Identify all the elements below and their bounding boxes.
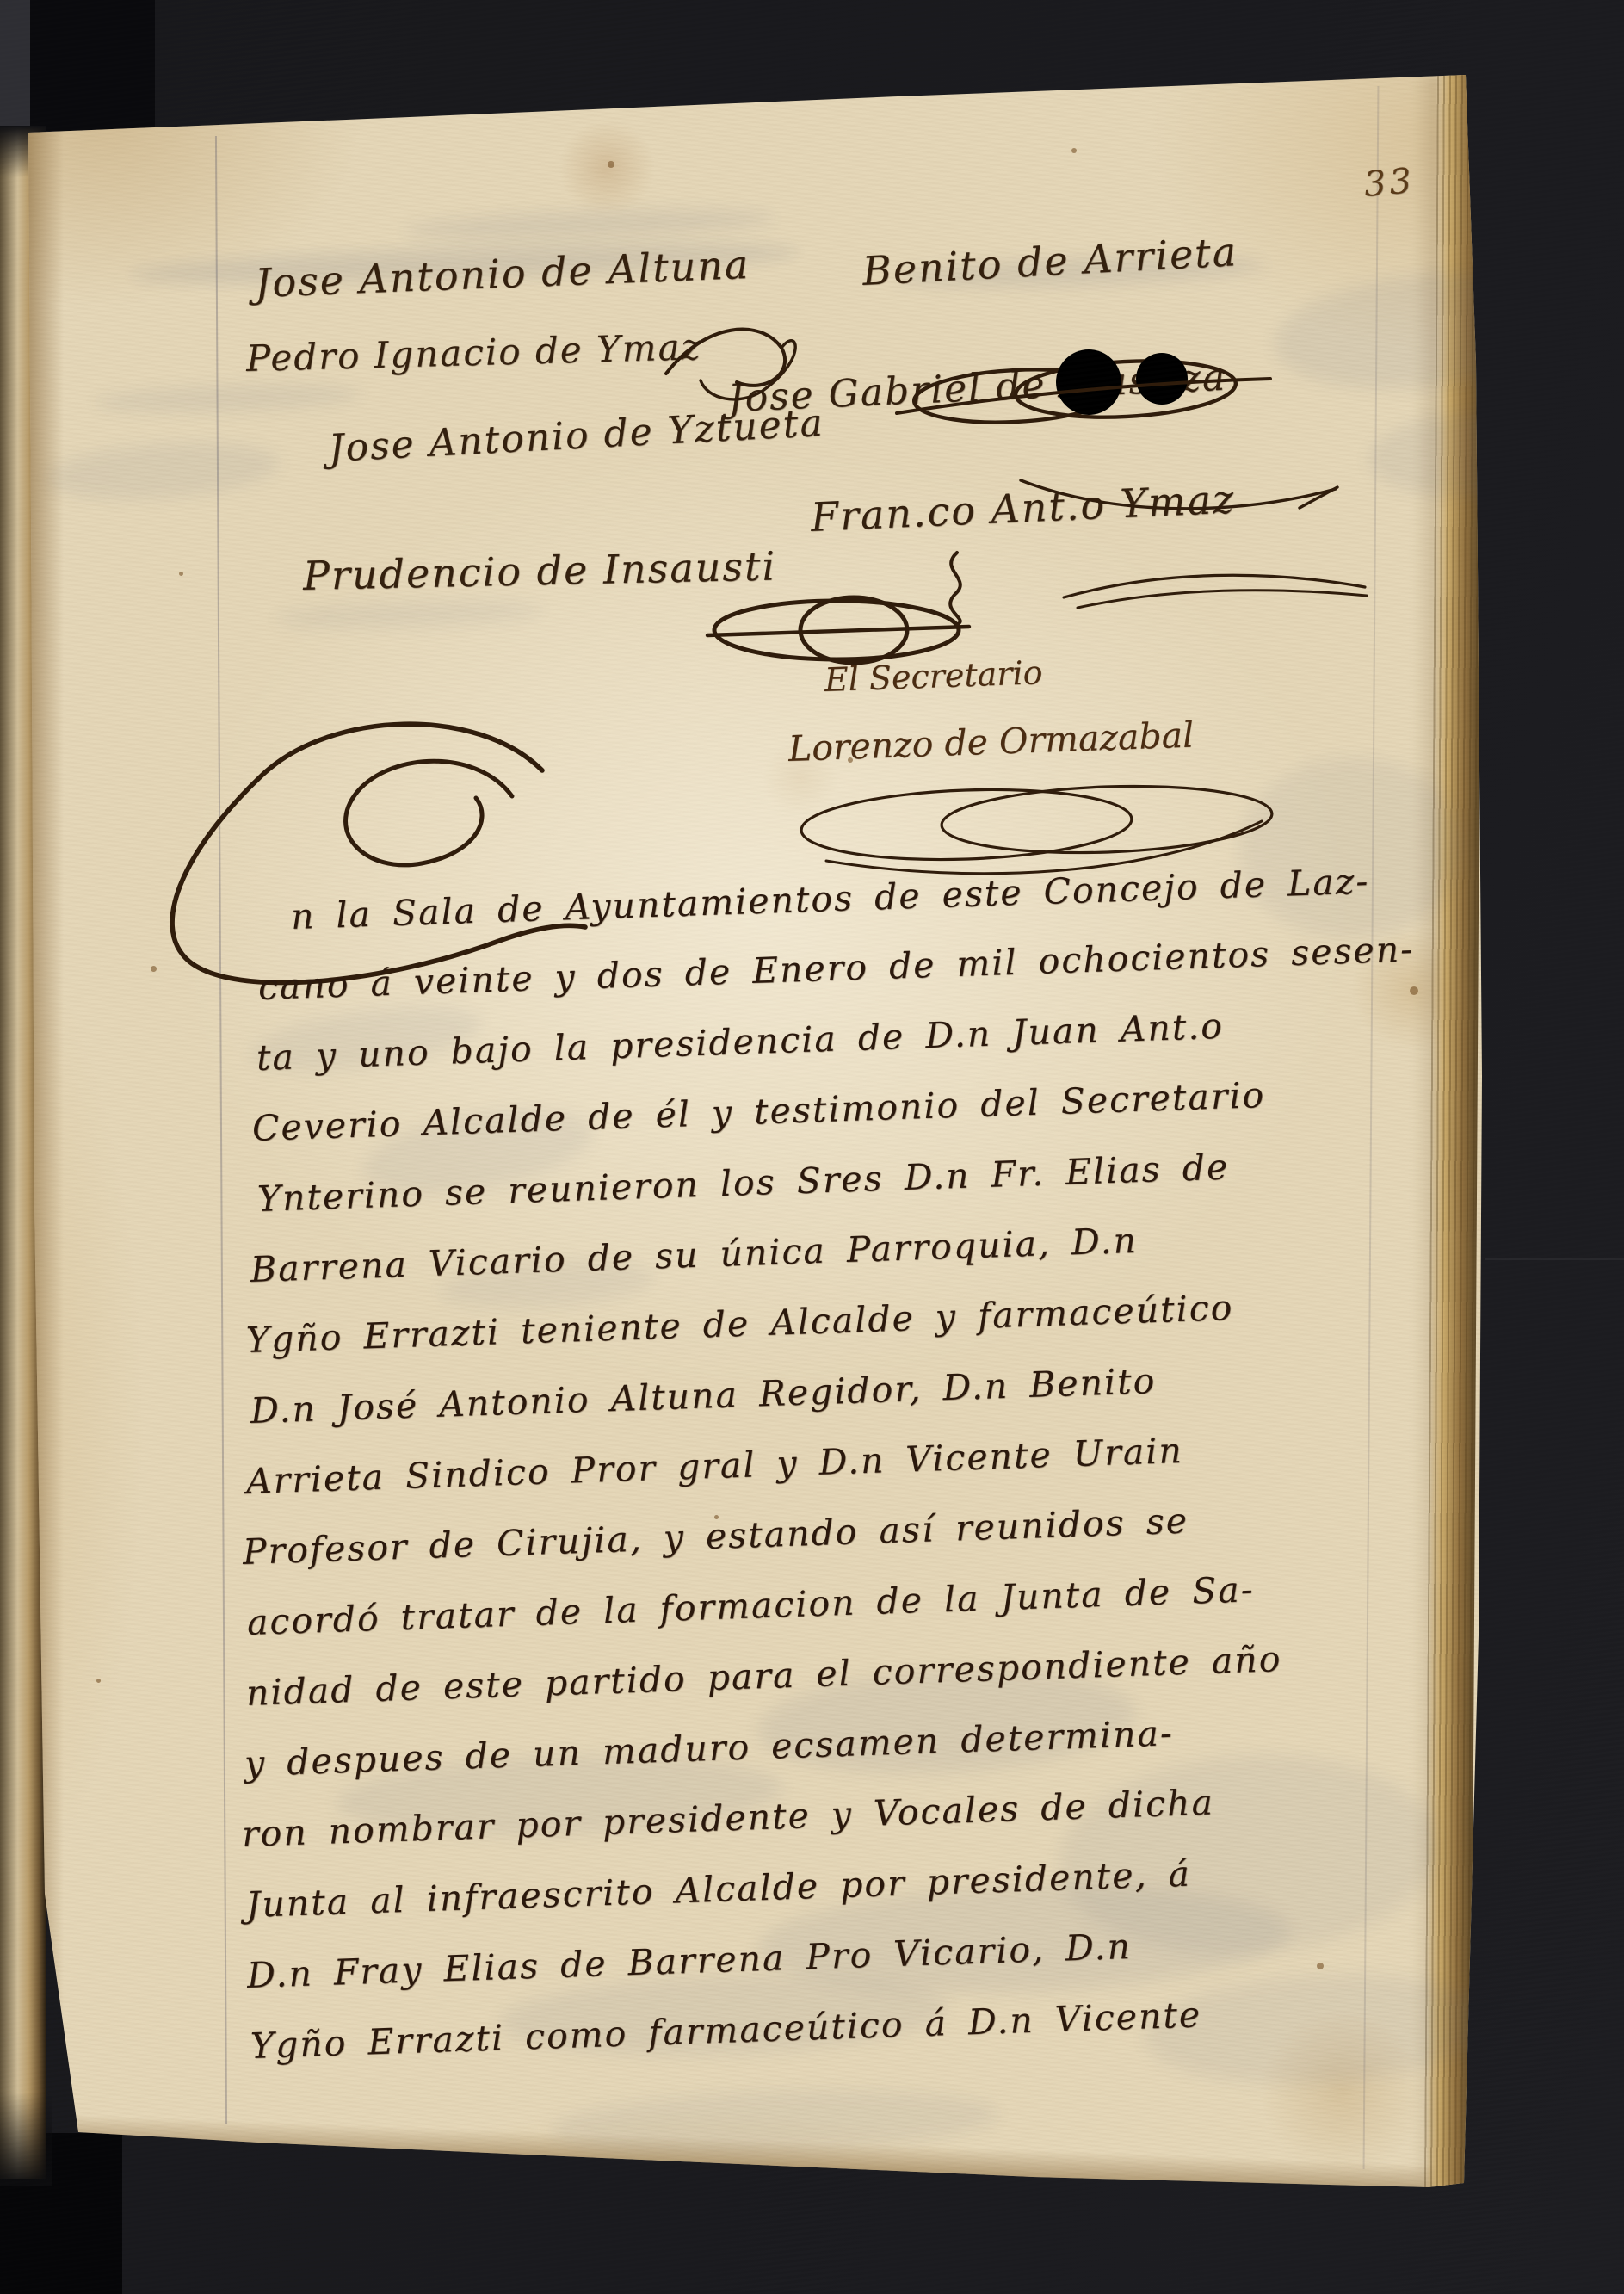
manuscript-line: Profesor de Cirujia, y estando así reuni… bbox=[242, 1500, 1189, 1573]
page-number: 33 bbox=[1362, 161, 1417, 205]
manuscript-line: Barrena Vicario de su única Parroquia, D… bbox=[250, 1220, 1138, 1290]
foxing-dot bbox=[1410, 986, 1418, 995]
showthrough-smudge bbox=[46, 436, 281, 507]
signature-arrieta: Benito de Arrieta bbox=[861, 228, 1239, 294]
rubric-flourish-ymaz-pedro bbox=[656, 306, 819, 410]
manuscript-line: D.n José Antonio Altuna Regidor, D.n Ben… bbox=[250, 1360, 1157, 1431]
signature-yztueta: Jose Antonio de Yztueta bbox=[328, 401, 825, 471]
book-gutter-shadow-bottom bbox=[0, 2092, 52, 2186]
foxing-dot bbox=[608, 161, 614, 168]
manuscript-line: acordó tratar de la formacion de la Junt… bbox=[246, 1568, 1255, 1643]
rubric-flourish-yztueta bbox=[1016, 465, 1351, 542]
secretary-name: Lorenzo de Ormazabal bbox=[787, 714, 1195, 770]
manuscript-line: Ceverio Alcalde de él y testimonio del S… bbox=[251, 1074, 1266, 1149]
photograph-backdrop: { "page_number": "33", "signatures": { "… bbox=[0, 0, 1624, 2294]
page-edge-top bbox=[15, 3, 1484, 103]
signature-altuna: Jose Antonio de Altuna bbox=[254, 241, 750, 306]
showthrough-smudge bbox=[95, 381, 362, 417]
backdrop-light-top-sliver bbox=[0, 0, 30, 139]
foxing-dot bbox=[594, 2161, 599, 2166]
backdrop-dark-top-left bbox=[30, 0, 155, 131]
showthrough-smudge bbox=[1366, 406, 1569, 502]
showthrough-smudge bbox=[404, 206, 775, 244]
margin-line-left bbox=[215, 136, 227, 2124]
signature-ymaz-pedro: Pedro Ignacio de Ymaz bbox=[245, 325, 702, 380]
foxing-dot bbox=[96, 1679, 101, 1683]
manuscript-line: Ygño Errazti teniente de Alcalde y farma… bbox=[245, 1287, 1234, 1361]
backdrop-seam bbox=[1485, 1258, 1624, 1260]
manuscript-line: Arrieta Sindico Pror gral y D.n Vicente … bbox=[245, 1430, 1183, 1502]
rubric-flourish-etc-mark bbox=[931, 547, 978, 630]
rubric-flourish-ymaz-francisco bbox=[1059, 561, 1377, 621]
showthrough-smudge bbox=[275, 598, 543, 632]
showthrough-smudge bbox=[1269, 261, 1572, 403]
foxing-dot bbox=[1071, 148, 1077, 153]
foxing-dot bbox=[179, 572, 183, 576]
rubric-flourish-alustiza bbox=[895, 329, 1274, 458]
foxing-dot bbox=[1317, 1963, 1324, 1969]
manuscript-page: 33 Jose Antonio de Altuna Benito de Arri… bbox=[0, 0, 1624, 2294]
